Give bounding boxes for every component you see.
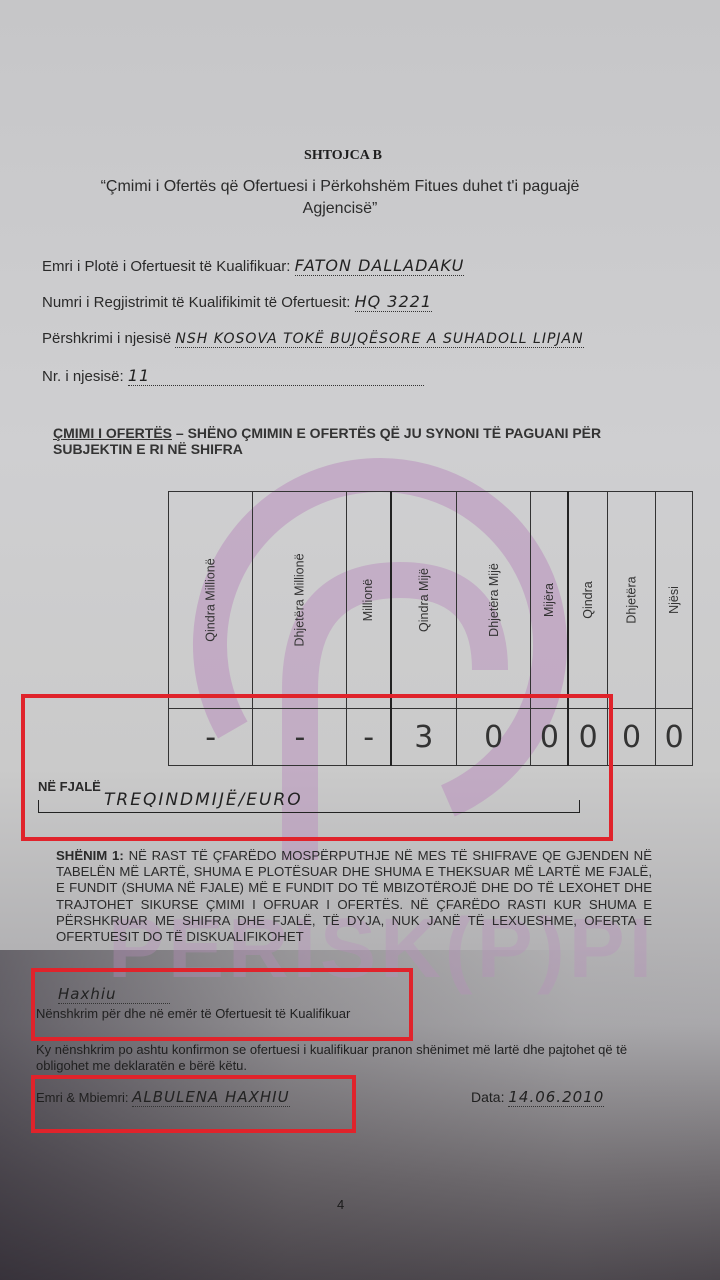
column-header: Mijëra	[531, 492, 569, 709]
note-label: SHËNIM 1:	[56, 848, 124, 863]
document-subtitle: “Çmimi i Ofertës që Ofertuesi i Përkohsh…	[70, 176, 610, 220]
name-field: Emri & Mbiemri: ALBULENA HAXHIU	[36, 1088, 290, 1106]
digit-value: 0	[665, 720, 684, 755]
field-value: NSH KOSOVA TOKË BUJQËSORE A SUHADOLL LIP…	[175, 331, 583, 348]
date-label: Data:	[471, 1089, 504, 1105]
words-value: TREQINDMIJË/EURO	[104, 790, 303, 810]
column-header-label: Qindra Mijë	[417, 568, 431, 632]
column-header: Qindra Millionë	[169, 492, 253, 709]
field-label: Përshkrimi i njesisë	[42, 330, 171, 347]
column-header-label: Millionë	[362, 579, 376, 621]
digit-cell: 0	[607, 709, 655, 766]
field-unit-description: Përshkrimi i njesisë NSH KOSOVA TOKË BUJ…	[42, 330, 584, 347]
signature-scribble: Haxhiu	[58, 985, 170, 1004]
column-header-label: Qindra	[581, 581, 595, 619]
field-label: Nr. i njesisë:	[42, 368, 124, 385]
field-value: 11	[128, 366, 424, 386]
column-header: Dhjetëra	[607, 492, 655, 709]
column-header: Millionë	[347, 492, 391, 709]
note-paragraph: SHËNIM 1: NË RAST TË ÇFARËDO MOSPËRPUTHJ…	[56, 848, 652, 945]
field-value: HQ 3221	[355, 292, 432, 312]
column-header: Qindra Mijë	[391, 492, 456, 709]
highlight-box-price	[21, 694, 613, 841]
column-header: Qindra	[568, 492, 607, 709]
field-label: Emri i Plotë i Ofertuesit të Kualifikuar…	[42, 258, 290, 275]
price-section-heading: ÇMIMI I OFERTËS – SHËNO ÇMIMIN E OFERTËS…	[53, 425, 673, 457]
price-heading-underlined: ÇMIMI I OFERTËS	[53, 425, 172, 441]
name-label: Emri & Mbiemri:	[36, 1090, 128, 1105]
column-header-label: Dhjetëra	[625, 576, 639, 623]
field-registration-number: Numri i Regjistrimit të Kualifikimit të …	[42, 292, 432, 311]
column-header: Dhjetëra Millionë	[253, 492, 347, 709]
column-header: Dhjetëra Mijë	[456, 492, 531, 709]
date-value: 14.06.2010	[508, 1088, 604, 1107]
signature-label: Nënshkrim për dhe në emër të Ofertuesit …	[36, 1006, 350, 1021]
confirmation-text: Ky nënshkrim po ashtu konfirmon se ofert…	[36, 1042, 636, 1074]
highlight-box-signature	[31, 968, 413, 1041]
name-value: ALBULENA HAXHIU	[132, 1088, 289, 1107]
field-unit-number: Nr. i njesisë: 11	[42, 366, 424, 386]
field-full-name: Emri i Plotë i Ofertuesit të Kualifikuar…	[42, 256, 464, 275]
document-title: SHTOJCA B	[0, 148, 686, 164]
words-label: NË FJALË	[38, 779, 101, 794]
column-header-label: Dhjetëra Mijë	[487, 563, 501, 637]
field-label: Numri i Regjistrimit të Kualifikimit të …	[42, 294, 350, 311]
column-header-label: Mijëra	[542, 583, 556, 617]
page-number: 4	[337, 1197, 344, 1212]
column-header-label: Dhjetëra Millionë	[293, 553, 307, 646]
digit-value: 0	[622, 720, 641, 755]
column-header: Njësi	[656, 492, 693, 709]
note-text: NË RAST TË ÇFARËDO MOSPËRPUTHJE NË MES T…	[56, 848, 652, 944]
field-value: FATON DALLADAKU	[295, 256, 465, 276]
digit-cell: 0	[656, 709, 693, 766]
column-header-label: Njësi	[667, 586, 681, 614]
column-header-label: Qindra Millionë	[204, 558, 218, 641]
date-field: Data: 14.06.2010	[471, 1088, 604, 1106]
